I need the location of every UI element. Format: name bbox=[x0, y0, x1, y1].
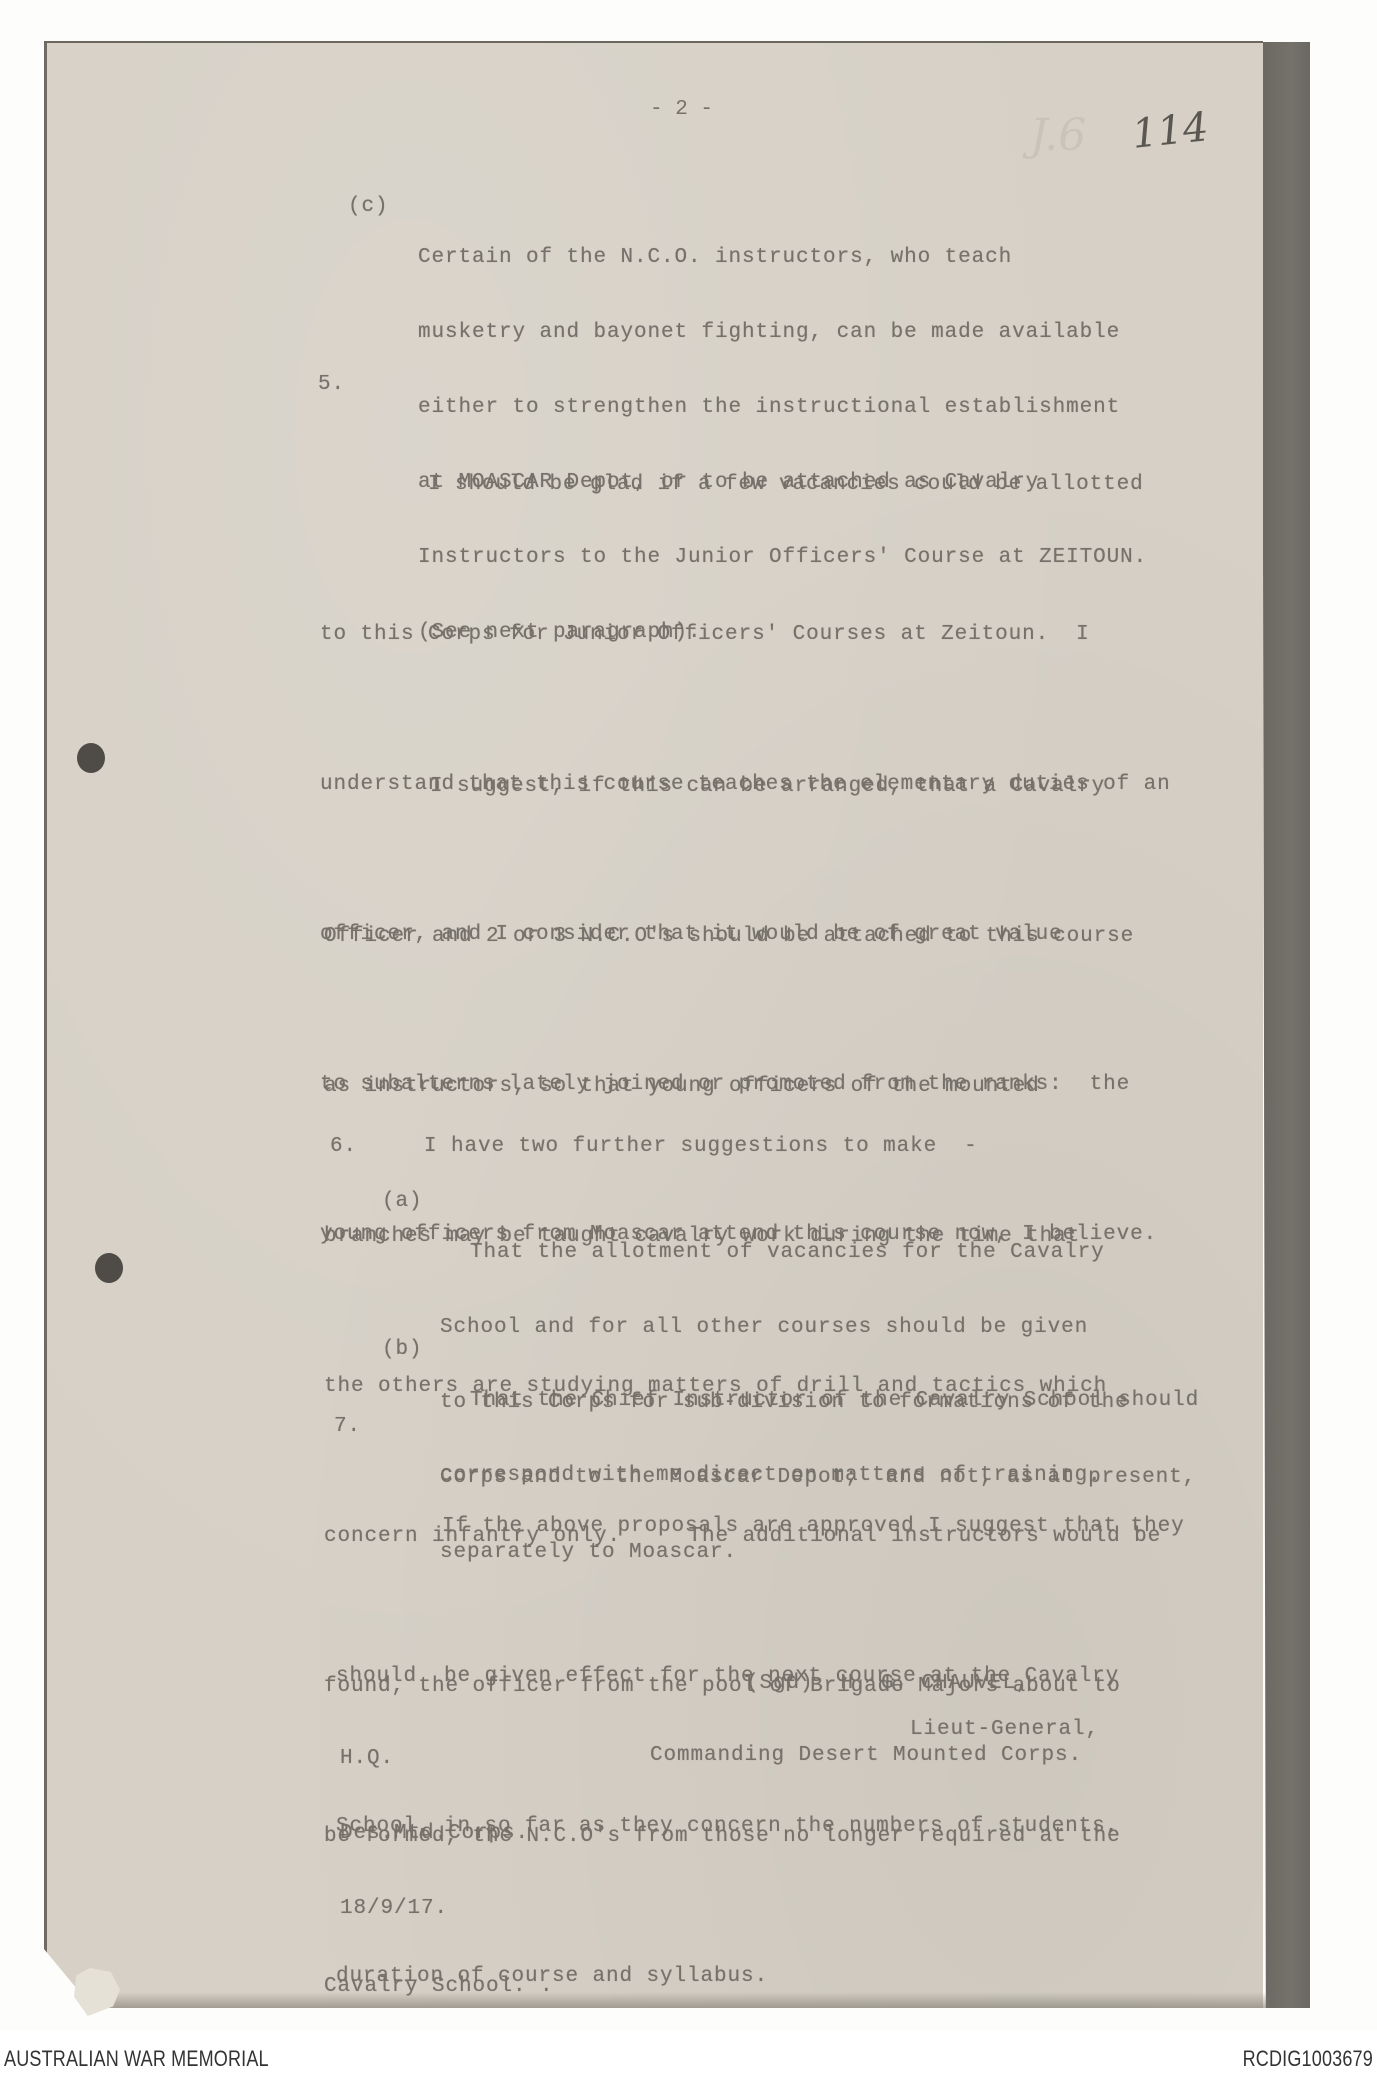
signature-title: Commanding Desert Mounted Corps. bbox=[650, 1744, 1082, 1767]
text-line: Officer and 2 or 3 N.C.O's should be att… bbox=[324, 912, 1161, 962]
punch-hole-icon bbox=[95, 1253, 123, 1283]
footer-record-id: RCDIG1003679 bbox=[1243, 2046, 1373, 2072]
text-line: musketry and bayonet fighting, can be ma… bbox=[418, 320, 1147, 345]
item-c-label: (c) bbox=[348, 195, 389, 218]
origin-unit: Des.Mtd.Corps. bbox=[340, 1821, 529, 1846]
text-line: Certain of the N.C.O. instructors, who t… bbox=[418, 245, 1147, 270]
item-a-label: (a) bbox=[382, 1190, 423, 1213]
signature-name: (Sgd) H. G. CHAUVEL, bbox=[746, 1672, 1030, 1695]
item-b-label: (b) bbox=[382, 1338, 423, 1361]
text-line: I should be glad if a few vacancies coul… bbox=[320, 460, 1171, 510]
origin-hq: H.Q. bbox=[340, 1746, 529, 1771]
paragraph-6-intro: I have two further suggestions to make - bbox=[424, 1135, 978, 1158]
paragraph-6-number: 6. bbox=[330, 1135, 357, 1158]
page-number: - 2 - bbox=[650, 98, 713, 121]
text-line: I suggest, if this can be arranged, that… bbox=[324, 762, 1161, 812]
text-line: to this Corps for Junior Officers' Cours… bbox=[320, 610, 1171, 660]
text-line: School and for all other courses should … bbox=[440, 1315, 1196, 1340]
punch-hole-icon bbox=[77, 743, 105, 773]
footer-institution: AUSTRALIAN WAR MEMORIAL bbox=[4, 2046, 269, 2072]
text-line: as instructors, so that young officers o… bbox=[324, 1062, 1161, 1112]
origin-date: 18/9/17. bbox=[340, 1896, 529, 1921]
text-line: duration of course and syllabus. bbox=[336, 1952, 1185, 2002]
text-line: That the allotment of vacancies for the … bbox=[440, 1240, 1196, 1265]
text-line: If the above proposals are approved I su… bbox=[336, 1502, 1185, 1552]
erased-annotation: J.6 bbox=[1030, 110, 1086, 161]
handwritten-folio-number: 114 bbox=[1130, 104, 1211, 158]
signature-rank: Lieut-General, bbox=[910, 1718, 1099, 1741]
scan-edge-strip bbox=[1262, 42, 1310, 2008]
origin-block: H.Q. Des.Mtd.Corps. 18/9/17. bbox=[340, 1696, 529, 1946]
